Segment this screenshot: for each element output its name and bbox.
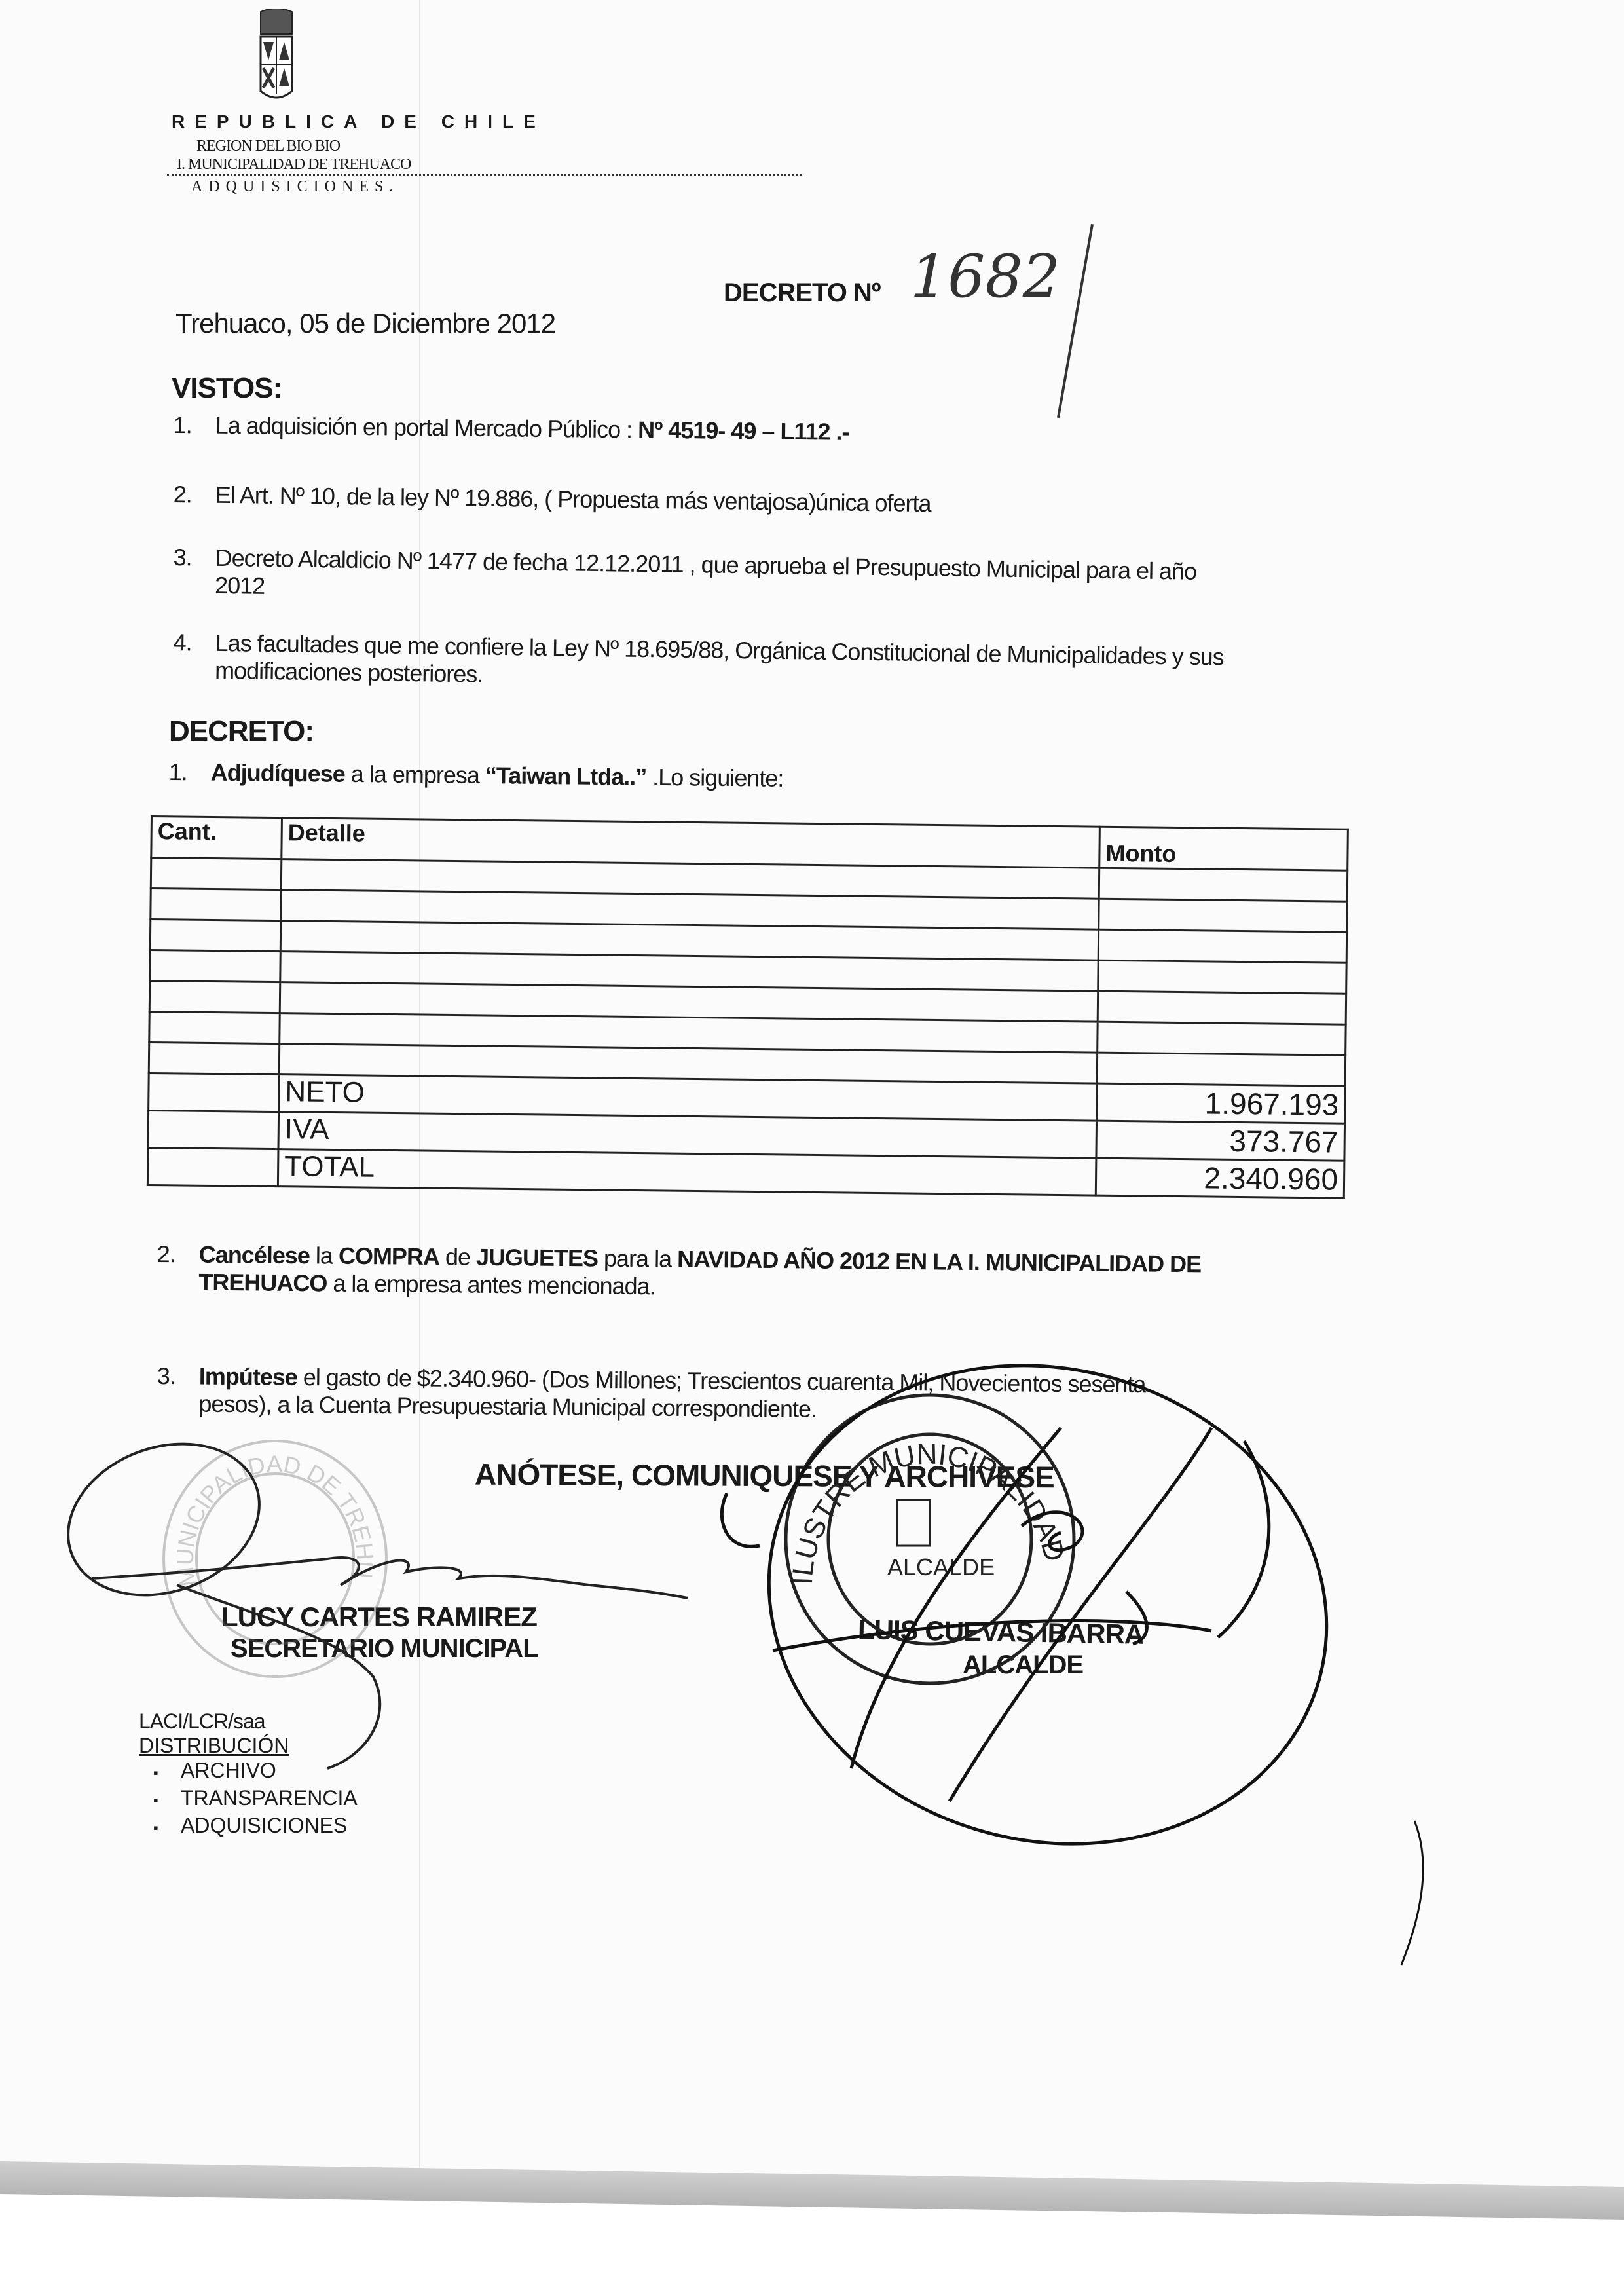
document-page: REPUBLICA DE CHILE REGION DEL BIO BIO I.… (0, 0, 1624, 2188)
cell-cant (149, 981, 280, 1013)
total-label: TOTAL (278, 1149, 1096, 1196)
cell-monto (1098, 991, 1346, 1024)
municipal-crest-icon (257, 9, 296, 101)
cell-monto (1098, 929, 1346, 963)
decreto-item-2: 2.Cancélese la COMPRA de JUGUETES para l… (157, 1241, 1201, 1305)
letterhead-rule (167, 174, 802, 176)
place-date: Trehuaco, 05 de Diciembre 2012 (175, 308, 555, 339)
vistos-item-3: 3.Decreto Alcaldicio Nº 1477 de fecha 12… (173, 544, 1197, 613)
handwritten-slash-mark (1057, 224, 1094, 418)
cell-cant (151, 858, 281, 890)
mayor-role: ALCALDE (963, 1651, 1083, 1680)
closing-formula: ANÓTESE, COMUNIQUESE Y ARCHIVESE (475, 1457, 1054, 1495)
cell-monto (1098, 1022, 1346, 1055)
cell-cant (150, 920, 280, 952)
mayor-name: LUIS CUEVAS IBARRA (858, 1614, 1144, 1651)
neto-value: 1.967.193 (1097, 1083, 1346, 1123)
cell-monto (1098, 960, 1346, 994)
decreto-item-3: 3.Impútese el gasto de $2.340.960- (Dos … (157, 1362, 1454, 1428)
secretary-name: LUCY CARTES RAMIREZ (221, 1601, 537, 1633)
header-monto: Monto (1099, 827, 1348, 870)
header-cant: Cant. (151, 817, 282, 859)
cell-cant (150, 950, 280, 982)
distribution-block: LACI/LCR/saa DISTRIBUCIÓN ARCHIVO TRANSP… (139, 1709, 358, 1840)
decree-label: DECRETO Nº (724, 278, 880, 308)
cell-monto (1099, 868, 1347, 901)
cell-monto (1099, 899, 1347, 932)
reference-initials: LACI/LCR/saa (139, 1709, 358, 1734)
cell-cant (149, 1042, 279, 1074)
distribution-item: ADQUISICIONES (181, 1813, 358, 1840)
decree-number-handwritten: 1682 (910, 242, 1060, 311)
cell-cant (151, 889, 281, 921)
decreto-item-1: 1.Adjudíquese a la empresa “Taiwan Ltda.… (169, 758, 784, 793)
total-value: 2.340.960 (1096, 1158, 1344, 1198)
vistos-item-2: 2.El Art. Nº 10, de la ley Nº 19.886, ( … (173, 481, 931, 517)
cell-monto (1097, 1053, 1345, 1086)
secretary-role: SECRETARIO MUNICIPAL (231, 1634, 538, 1664)
decreto-title: DECRETO: (169, 715, 314, 748)
items-table: Cant. Detalle Monto NETO 1.967.193 IVA 3… (147, 815, 1349, 1199)
letterhead-region: REGION DEL BIO BIO (196, 138, 340, 155)
letterhead-country: REPUBLICA DE CHILE (172, 111, 545, 132)
distribution-item: ARCHIVO (181, 1758, 358, 1785)
vistos-title: VISTOS: (172, 372, 282, 405)
letterhead-department: ADQUISICIONES. (191, 178, 399, 196)
distribution-title: DISTRIBUCIÓN (139, 1734, 358, 1758)
distribution-item: TRANSPARENCIA (181, 1785, 358, 1813)
vistos-item-1: 1.La adquisición en portal Mercado Públi… (174, 411, 849, 446)
iva-value: 373.767 (1096, 1121, 1345, 1161)
vistos-item-4: 4.Las facultades que me confiere la Ley … (173, 629, 1224, 698)
distribution-list: ARCHIVO TRANSPARENCIA ADQUISICIONES (139, 1758, 358, 1840)
cell-cant (149, 1011, 280, 1043)
letterhead-municipality: I. MUNICIPALIDAD DE TREHUACO (177, 156, 411, 174)
